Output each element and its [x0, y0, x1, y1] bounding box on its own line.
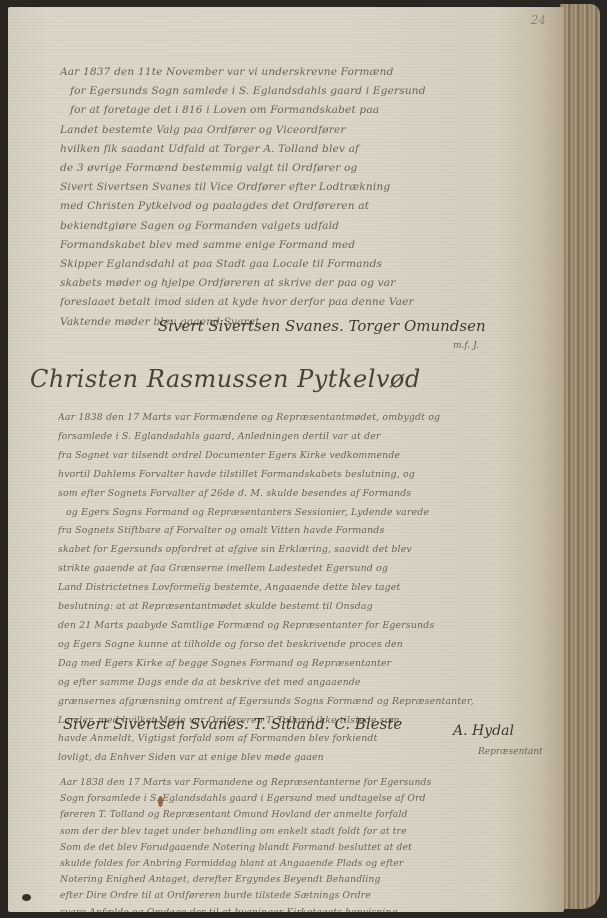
text-line: Notering Enighed Antaget, derefter Ergyn… [60, 872, 540, 888]
text-line: lovligt, da Enhver Siden var at enige bl… [58, 749, 538, 768]
text-line: med Christen Pytkelvod og paalagdes det … [60, 197, 530, 216]
text-line: Skipper Eglandsdahl at paa Stadt gaa Loc… [60, 255, 530, 274]
text-line: efter Dire Ordre til at Ordføreren burde… [60, 888, 540, 904]
scanned-document: 24 Aar 1837 den 11te November var vi und… [0, 0, 607, 918]
stain-mark [158, 796, 163, 807]
text-line: Land Districtetnes Lovformelig bestemte,… [58, 579, 538, 598]
text-line: Sivert Sivertsen Svanes til Vice Ordføre… [60, 178, 530, 197]
text-line: svare Anfælde og Omdage der til at bygni… [60, 905, 540, 912]
text-line: Formandskabet blev med samme enige Forma… [60, 236, 530, 255]
ink-blot [22, 894, 31, 901]
text-line: for at foretage det i 816 i Loven om For… [60, 101, 530, 120]
text-line: for Egersunds Sogn samlede i S. Eglandsd… [60, 82, 530, 101]
text-line: Sogn forsamlede i S. Eglandsdahls gaard … [60, 791, 540, 807]
text-line: skulde foldes for Anbring Formiddag blan… [60, 856, 540, 872]
text-line: den 21 Marts paabyde Samtlige Formænd og… [58, 617, 538, 636]
text-line: Aar 1837 den 11te November var vi unders… [60, 63, 530, 82]
text-line: hvortil Dahlems Forvalter havde tilstill… [58, 466, 538, 485]
text-line: fra Sognet var tilsendt ordrel Documente… [58, 447, 538, 466]
text-line: skabet for Egersunds opfordret at afgive… [58, 541, 538, 560]
text-line: Dag med Egers Kirke af begge Sognes Form… [58, 655, 538, 674]
text-line: fra Sognets Stiftbare af Forvalter og om… [58, 522, 538, 541]
page-number: 24 [531, 13, 546, 27]
text-line: beslutning: at at Repræsentantmødet skul… [58, 598, 538, 617]
entry-heading-name: Christen Rasmussen Pytkelvød [30, 365, 421, 393]
text-line: grænsernes afgrænsning omtrent af Egersu… [58, 693, 538, 712]
text-line: og Egers Sogne kunne at tilholde og fors… [58, 636, 538, 655]
text-line: Som de det blev Forudgaaende Notering bl… [60, 840, 540, 856]
text-line: og efter samme Dags ende da at beskrive … [58, 674, 538, 693]
text-line: de 3 øvrige Formænd bestemmig valgt til … [60, 159, 530, 178]
text-line: strikte gaaende at faa Grænserne imellem… [58, 560, 538, 579]
signatures-1837: Sivert Sivertsen Svanes. Torger Omundsen [158, 317, 486, 335]
text-line: som der der blev taget under behandling … [60, 824, 540, 840]
signature-note: m.f. J. [453, 341, 479, 351]
text-line: forsamlede i S. Eglandsdahls gaard, Anle… [58, 428, 538, 447]
side-signature: A. Hydal [453, 723, 514, 739]
text-line: Landet bestemte Valg paa Ordfører og Vic… [60, 121, 530, 140]
text-line: Aar 1838 den 17 Marts var Formandene og … [60, 775, 540, 791]
entry-1837-text: Aar 1837 den 11te November var vi unders… [60, 63, 530, 332]
text-line: og Egers Sogns Formand og Repræsentanter… [58, 504, 538, 523]
text-line: som efter Sognets Forvalter af 26de d. M… [58, 485, 538, 504]
side-signature-note: Repræsentant [478, 747, 543, 757]
ledger-page: 24 Aar 1837 den 11te November var vi und… [8, 7, 564, 912]
signatures-1838-a: Sivert Sivertsen Svanes. T. Sitland. C. … [63, 715, 402, 733]
text-line: føreren T. Tolland og Repræsentant Omund… [60, 807, 540, 823]
text-line: hvilken fik saadant Udfald at Torger A. … [60, 140, 530, 159]
entry-1838-b-text: Aar 1838 den 17 Marts var Formandene og … [60, 775, 540, 912]
text-line: foreslaaet betalt imod siden at kyde hvo… [60, 293, 530, 312]
text-line: Aar 1838 den 17 Marts var Formændene og … [58, 409, 538, 428]
text-line: bekiendtgiøre Sagen og Formanden valgets… [60, 217, 530, 236]
text-line: skabets møder og hjelpe Ordføreren at sk… [60, 274, 530, 293]
book-page-edges [560, 4, 600, 909]
